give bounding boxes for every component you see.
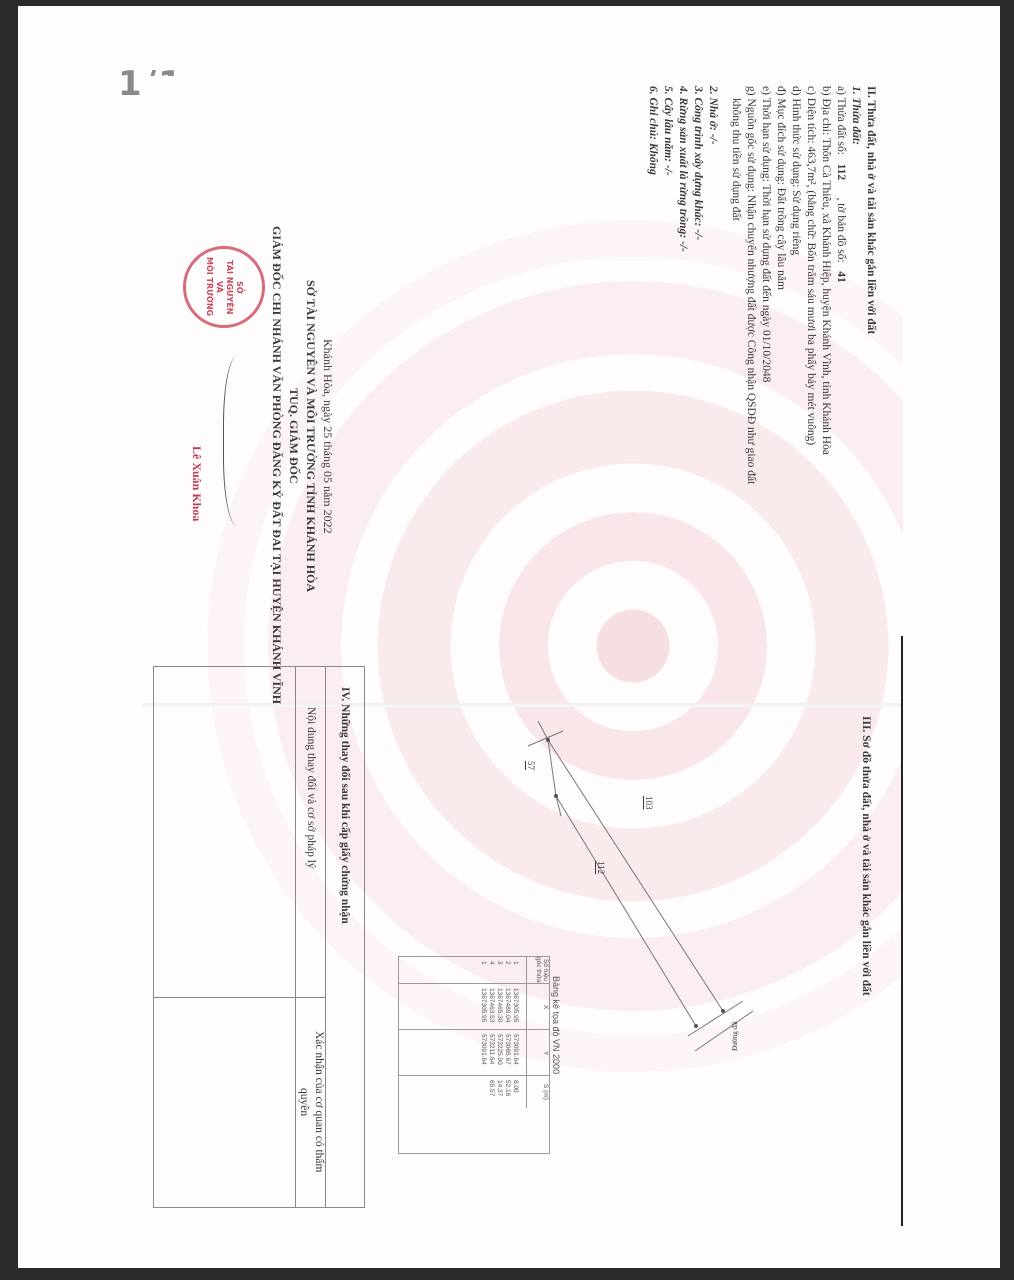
- road-label: Đường đất: [728, 1021, 743, 1051]
- coord-col: Y573091.64573065.67573225.90573211.64573…: [399, 1029, 549, 1076]
- section-4-divider: [154, 997, 326, 998]
- authority-confirm-header: Xác nhận của cơ quan có thẩm quyền: [296, 1027, 326, 1177]
- coord-values: 8.0052.1614.3765.57: [487, 1080, 519, 1096]
- section-4-column-header: Nội dung thay đổi và cơ sở pháp lý Xác n…: [295, 667, 326, 1207]
- section-4-header-cell: IV. Những thay đổi sau khi cấp giấy chứn…: [325, 667, 364, 1207]
- coord-col: X1367305.951367489.041367465.301367463.5…: [399, 983, 549, 1030]
- section-4-table: IV. Những thay đổi sau khi cấp giấy chứn…: [153, 666, 365, 1208]
- coord-table-title: Bảng kê tọa độ VN 2000: [551, 976, 561, 1074]
- parcel-label-112: 112: [593, 861, 608, 874]
- coord-col: Số hiệu góc thửa12341: [399, 957, 549, 983]
- parcel-label-103: 103: [641, 796, 656, 810]
- coord-header: Y: [526, 1030, 549, 1076]
- coord-col: S (m)8.0052.1614.3765.57: [399, 1075, 549, 1108]
- coord-header: S (m): [526, 1076, 549, 1108]
- section-4-title: IV. Những thay đổi sau khi cấp giấy chứn…: [337, 687, 352, 924]
- coord-header: Số hiệu góc thửa: [526, 957, 549, 983]
- coord-values: 1367305.951367489.041367465.301367463.53…: [479, 988, 519, 1022]
- certificate-sheet: II. Thửa đất, nhà ở và tài sản khác gắn …: [143, 76, 903, 1226]
- coord-values: 12341: [479, 961, 519, 965]
- viewer-page: 1/1 II. Thửa đất, nhà ở và tài sản khác …: [18, 6, 1000, 1268]
- coord-table: Số hiệu góc thửa12341X1367305.951367489.…: [398, 956, 550, 1154]
- parcel-label-57: 57: [523, 761, 538, 770]
- change-content-header: Nội dung thay đổi và cơ sở pháp lý: [303, 707, 318, 869]
- coord-values: 573091.64573065.67573225.90573211.645730…: [479, 1034, 519, 1065]
- coord-header: X: [526, 984, 549, 1030]
